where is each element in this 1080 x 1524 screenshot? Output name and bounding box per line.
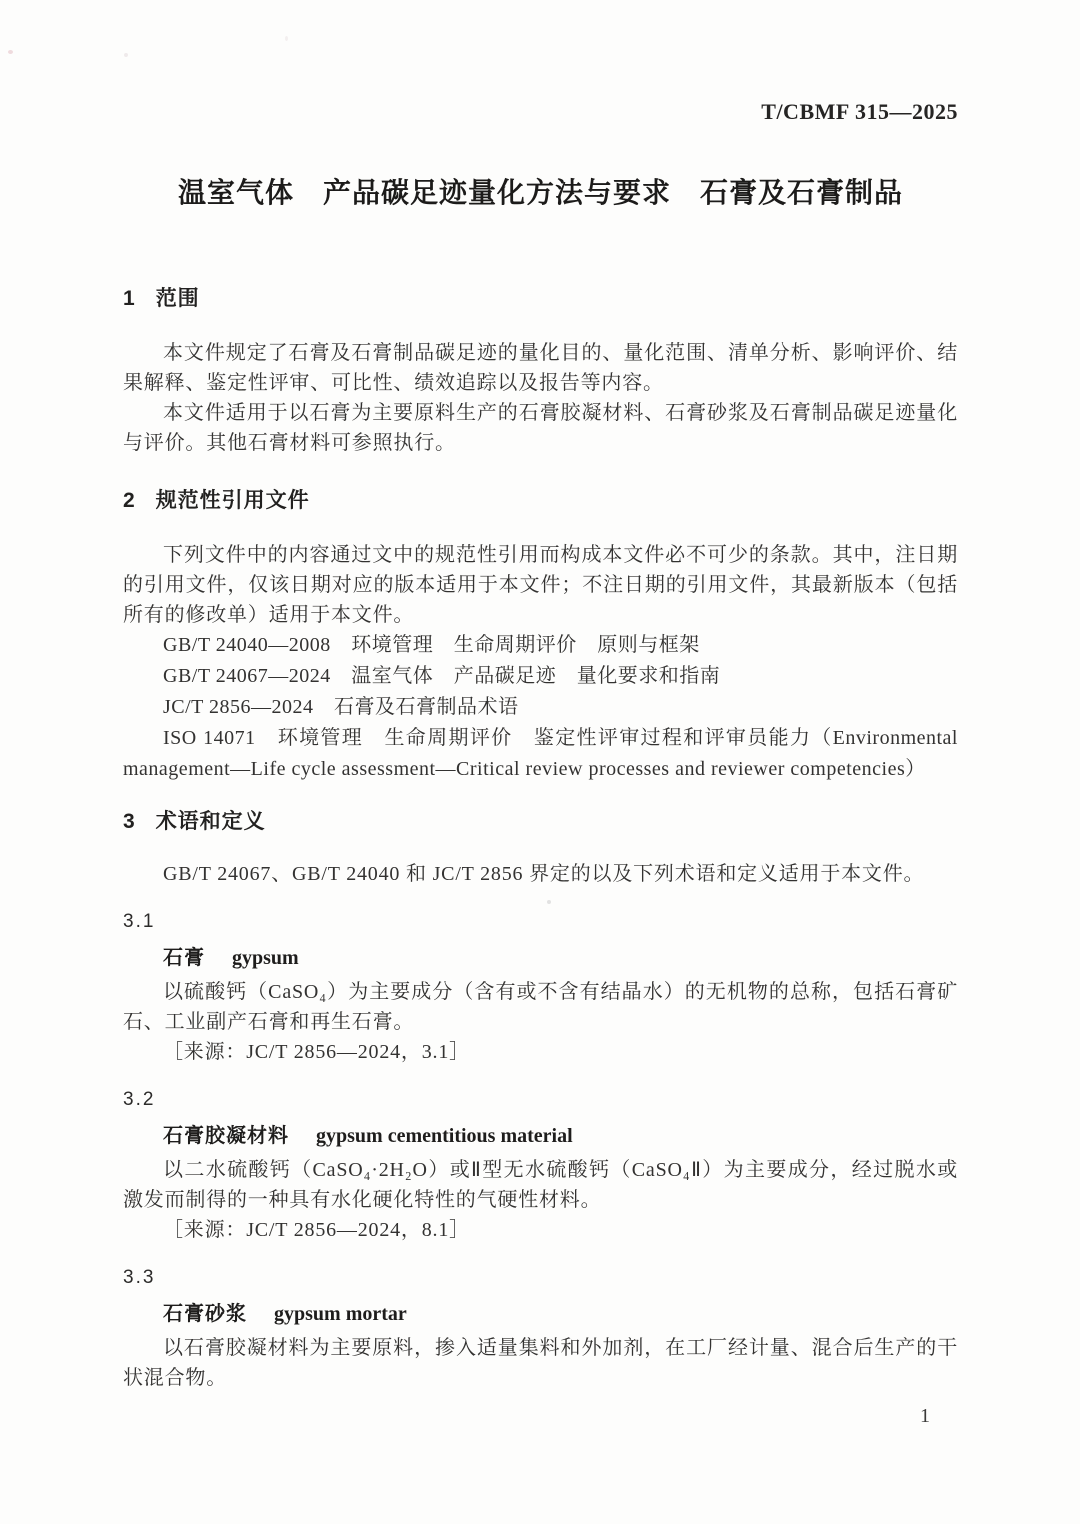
section-title: 规范性引用文件 bbox=[156, 488, 310, 514]
page-number: 1 bbox=[123, 1401, 958, 1431]
term-block-gypsum-cementitious-material: 3.2 石膏胶凝材料 gypsum cementitious material … bbox=[123, 1087, 958, 1245]
term-heading: 石膏 gypsum bbox=[123, 945, 958, 971]
term-en: gypsum bbox=[232, 947, 299, 969]
section-heading-terms: 3 术语和定义 bbox=[123, 809, 958, 835]
references-intro: 下列文件中的内容通过文中的规范性引用而构成本文件必不可少的条款。其中，注日期的引… bbox=[123, 540, 958, 630]
section-terms: 3 术语和定义 GB/T 24067、GB/T 24040 和 JC/T 285… bbox=[123, 809, 958, 1393]
term-en: gypsum cementitious material bbox=[316, 1125, 573, 1147]
reference-item: ISO 14071 环境管理 生命周期评价 鉴定性评审过程和评审员能力（Envi… bbox=[123, 723, 958, 785]
term-source: ［来源：JC/T 2856—2024，8.1］ bbox=[123, 1215, 958, 1245]
reference-item: GB/T 24040—2008 环境管理 生命周期评价 原则与框架 bbox=[123, 630, 958, 661]
term-block-gypsum: 3.1 石膏 gypsum 以硫酸钙（CaSO₄）为主要成分（含有或不含有结晶水… bbox=[123, 909, 958, 1067]
term-heading: 石膏砂浆 gypsum mortar bbox=[123, 1301, 958, 1327]
clause-number: 3.3 bbox=[123, 1265, 958, 1291]
term-definition: 以石膏胶凝材料为主要原料，掺入适量集料和外加剂，在工厂经计量、混合后生产的干状混… bbox=[123, 1333, 958, 1393]
reference-item: JC/T 2856—2024 石膏及石膏制品术语 bbox=[123, 692, 958, 723]
scope-paragraph: 本文件适用于以石膏为主要原料生产的石膏胶凝材料、石膏砂浆及石膏制品碳足迹量化与评… bbox=[123, 398, 958, 458]
term-heading: 石膏胶凝材料 gypsum cementitious material bbox=[123, 1123, 958, 1149]
standard-code: T/CBMF 315—2025 bbox=[123, 100, 958, 124]
section-heading-scope: 1 范围 bbox=[123, 286, 958, 312]
section-heading-references: 2 规范性引用文件 bbox=[123, 488, 958, 514]
term-zh: 石膏胶凝材料 bbox=[163, 1125, 289, 1147]
section-number: 3 bbox=[123, 809, 136, 835]
section-scope: 1 范围 本文件规定了石膏及石膏制品碳足迹的量化目的、量化范围、清单分析、影响评… bbox=[123, 286, 958, 458]
clause-number: 3.1 bbox=[123, 909, 958, 935]
term-en: gypsum mortar bbox=[274, 1303, 407, 1325]
term-definition: 以二水硫酸钙（CaSO₄·2H₂O）或Ⅱ型无水硫酸钙（CaSO₄Ⅱ）为主要成分，… bbox=[123, 1155, 958, 1215]
section-number: 2 bbox=[123, 488, 136, 514]
term-block-gypsum-mortar: 3.3 石膏砂浆 gypsum mortar 以石膏胶凝材料为主要原料，掺入适量… bbox=[123, 1265, 958, 1393]
reference-item: GB/T 24067—2024 温室气体 产品碳足迹 量化要求和指南 bbox=[123, 661, 958, 692]
document-title: 温室气体 产品碳足迹量化方法与要求 石膏及石膏制品 bbox=[123, 176, 958, 210]
term-zh: 石膏砂浆 bbox=[163, 1303, 247, 1325]
clause-number: 3.2 bbox=[123, 1087, 958, 1113]
terms-intro: GB/T 24067、GB/T 24040 和 JC/T 2856 界定的以及下… bbox=[123, 859, 958, 889]
section-title: 范围 bbox=[156, 286, 200, 312]
term-definition: 以硫酸钙（CaSO₄）为主要成分（含有或不含有结晶水）的无机物的总称，包括石膏矿… bbox=[123, 977, 958, 1037]
term-source: ［来源：JC/T 2856—2024，3.1］ bbox=[123, 1037, 958, 1067]
section-normative-references: 2 规范性引用文件 下列文件中的内容通过文中的规范性引用而构成本文件必不可少的条… bbox=[123, 488, 958, 785]
scope-paragraph: 本文件规定了石膏及石膏制品碳足迹的量化目的、量化范围、清单分析、影响评价、结果解… bbox=[123, 338, 958, 398]
section-title: 术语和定义 bbox=[156, 809, 266, 835]
document-page: T/CBMF 315—2025 温室气体 产品碳足迹量化方法与要求 石膏及石膏制… bbox=[0, 0, 1080, 1431]
section-number: 1 bbox=[123, 286, 136, 312]
term-zh: 石膏 bbox=[163, 947, 205, 969]
